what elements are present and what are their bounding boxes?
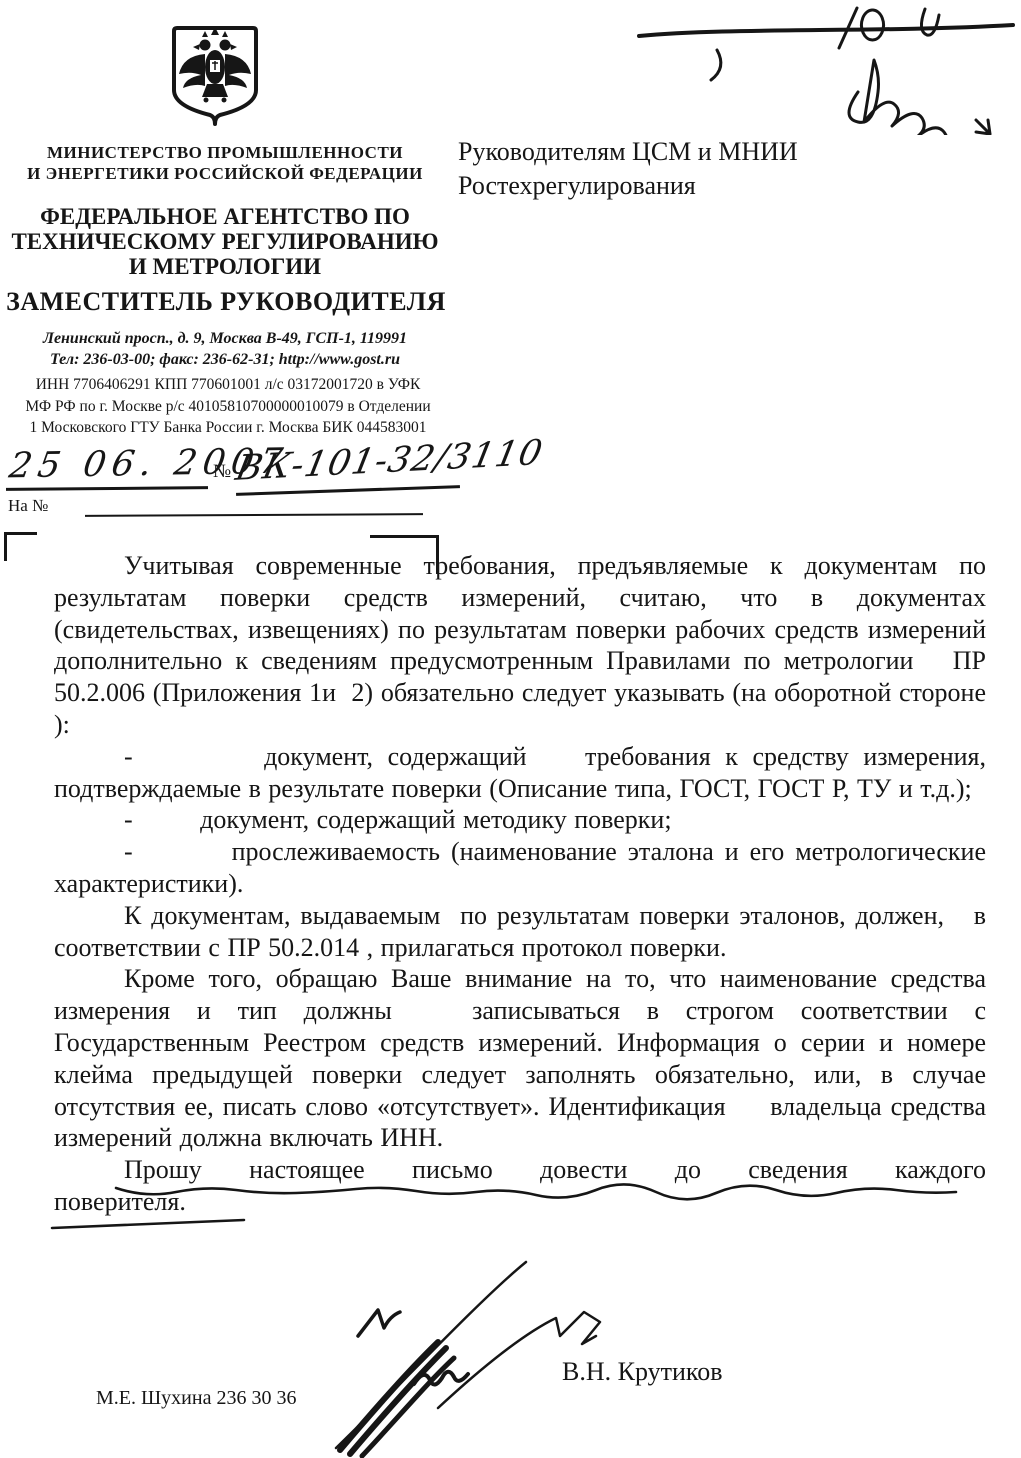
- letter-paragraph: К документам, выдаваемым по результатам …: [54, 900, 986, 964]
- crop-mark-left-icon: [4, 532, 37, 561]
- position-title: ЗАМЕСТИТЕЛЬ РУКОВОДИТЕЛЯ: [0, 287, 452, 317]
- scanned-letter-page: МИНИСТЕРСТВО ПРОМЫШЛЕННОСТИ И ЭНЕРГЕТИКИ…: [0, 0, 1021, 1458]
- agency-line1: ФЕДЕРАЛЬНОЕ АГЕНТСТВО ПО: [5, 204, 445, 229]
- bank-line3: 1 Московского ГТУ Банка России г. Москва…: [4, 417, 452, 439]
- letter-paragraph: Кроме того, обращаю Ваше внимание на то,…: [54, 963, 986, 1154]
- letter-body: Учитывая современные требования, предъяв…: [54, 550, 986, 1218]
- ministry-line1: МИНИСТЕРСТВО ПРОМЫШЛЕННОСТИ: [15, 142, 435, 163]
- agency-name: ФЕДЕРАЛЬНОЕ АГЕНТСТВО ПО ТЕХНИЧЕСКОМУ РЕ…: [5, 204, 445, 279]
- bank-line2: МФ РФ по г. Москве р/с 40105810700000010…: [4, 396, 452, 418]
- addressee-block: Руководителям ЦСМ и МНИИ Ростехрегулиров…: [458, 135, 918, 203]
- agency-line2: ТЕХНИЧЕСКОМУ РЕГУЛИРОВАНИЮ: [5, 229, 445, 254]
- ministry-name: МИНИСТЕРСТВО ПРОМЫШЛЕННОСТИ И ЭНЕРГЕТИКИ…: [15, 142, 435, 184]
- letter-list-item: - прослеживаемость (наименование эталона…: [54, 836, 986, 900]
- closing-line2: поверителя.: [54, 1186, 986, 1218]
- letter-paragraph: Учитывая современные требования, предъяв…: [54, 550, 986, 741]
- address-line2: Тел: 236-03-00; факс: 236-62-31; http://…: [15, 349, 435, 370]
- letter-list-item: - документ, содержащий методику поверки;: [54, 804, 986, 836]
- agency-line3: И МЕТРОЛОГИИ: [5, 254, 445, 279]
- number-label: №: [213, 461, 231, 483]
- coat-of-arms-icon: [166, 24, 264, 130]
- closing-line1: Прошу настоящее письмо довести до сведен…: [54, 1154, 986, 1186]
- ministry-line2: И ЭНЕРГЕТИКИ РОССИЙСКОЙ ФЕДЕРАЦИИ: [15, 163, 435, 184]
- address-block: Ленинский просп., д. 9, Москва В-49, ГСП…: [15, 328, 435, 370]
- addressee-line2: Ростехрегулирования: [458, 169, 918, 203]
- letter-list-item: - документ, содержащий требования к сред…: [54, 741, 986, 805]
- bank-line1: ИНН 7706406291 КПП 770601001 л/с 0317200…: [4, 374, 452, 396]
- addressee-line1: Руководителям ЦСМ и МНИИ: [458, 135, 918, 169]
- bank-details: ИНН 7706406291 КПП 770601001 л/с 0317200…: [4, 374, 452, 439]
- executor-contact: М.Е. Шухина 236 30 36: [96, 1387, 296, 1410]
- signer-name: В.Н. Крутиков: [562, 1357, 722, 1387]
- closing-sentence: Прошу настоящее письмо довести до сведен…: [54, 1154, 986, 1218]
- address-line1: Ленинский просп., д. 9, Москва В-49, ГСП…: [15, 328, 435, 349]
- date-underline: [6, 486, 208, 491]
- reply-ref-label: На №: [8, 496, 48, 516]
- reply-ref-underline: [85, 513, 423, 517]
- handwritten-marks-icon: [625, 0, 1021, 135]
